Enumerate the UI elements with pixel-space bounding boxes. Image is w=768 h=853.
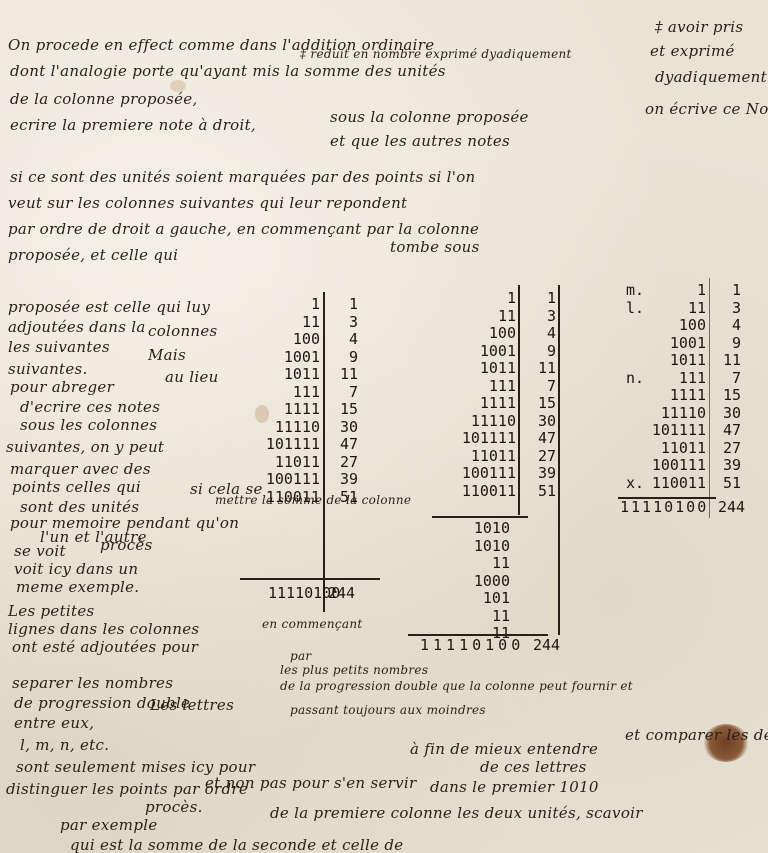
table-cell: 100 (228, 331, 320, 349)
text-line: sous la colonne proposée (330, 110, 529, 125)
table-cell: 27 (713, 440, 741, 458)
text-line: par exemple (60, 818, 158, 833)
table-cell: 15 (328, 401, 358, 419)
text-line: si ce sont des unités soient marquées pa… (10, 170, 476, 185)
table-cell: 1 (526, 290, 556, 308)
text-line: par ordre de droit a gauche, en commença… (8, 222, 479, 237)
table-cell: 1011 (640, 352, 706, 370)
text-line: dans le premier 1010 (430, 780, 599, 795)
text-line: Mais (148, 348, 186, 363)
table-cell: 1111 (228, 401, 320, 419)
text-line: dont l'analogie porte qu'ayant mis la so… (10, 64, 446, 79)
table-cell: 1010 (420, 538, 510, 556)
text-line: sont seulement mises icy pour (16, 760, 255, 775)
table-cell: 7 (328, 384, 358, 402)
table-cell: 4 (328, 331, 358, 349)
insertion-note: ‡ reduit en nombre exprimé dyadiquement (300, 48, 572, 60)
table-cell: 101111 (436, 430, 516, 448)
table-cell: 27 (328, 454, 358, 472)
table-cell: 3 (526, 308, 556, 326)
table-cell: 15 (526, 395, 556, 413)
table-cell: 51 (526, 483, 556, 501)
table-cell: 1 (713, 282, 741, 300)
table-cell: 39 (713, 457, 741, 475)
table-cell: 11 (436, 308, 516, 326)
table-cell: 100111 (436, 465, 516, 483)
table-cell: 1 (228, 296, 320, 314)
text-line: qui est la somme de la seconde et celle … (70, 838, 403, 853)
table-cell: 101111 (228, 436, 320, 454)
text-line: à fin de mieux entendre (410, 742, 598, 757)
sum-decimal: 244 (328, 586, 355, 601)
sum-binary: 11110100 (420, 638, 524, 653)
table-cell: 3 (328, 314, 358, 332)
text-line: separer les nombres (12, 676, 173, 691)
text-line: points celles qui (12, 480, 141, 495)
text-line: ‡ avoir pris (655, 20, 743, 35)
text-line: sous les colonnes (20, 418, 157, 433)
text-line: et non pas pour s'en servir (205, 776, 416, 791)
table-cell: 11110 (436, 413, 516, 431)
table-cell: 11011 (228, 454, 320, 472)
text-line: Les lettres (150, 698, 234, 713)
table-cell: 11 (328, 366, 358, 384)
text-line: procès. (145, 800, 203, 815)
text-line: voit icy dans un (14, 562, 138, 577)
table-cell: 100 (436, 325, 516, 343)
text-line: ont esté adjoutées pour (12, 640, 198, 655)
table-cell: 11 (640, 300, 706, 318)
text-line: pour abreger (10, 380, 114, 395)
table-cell: 11 (228, 314, 320, 332)
text-line: de la premiere colonne les deux unités, … (270, 806, 643, 821)
table-cell: 4 (713, 317, 741, 335)
table-cell: 27 (526, 448, 556, 466)
table-cell: 100111 (640, 457, 706, 475)
table-cell: 11 (420, 555, 510, 573)
text-line: adjoutées dans la (8, 320, 146, 335)
text-line: et que les autres notes (330, 134, 510, 149)
table-cell: 1 (328, 296, 358, 314)
table-cell: 1111 (640, 387, 706, 405)
text-line: au lieu (165, 370, 219, 385)
text-line: de ces lettres (480, 760, 587, 775)
text-line: se voit (14, 544, 66, 559)
text-line: en commençant (262, 618, 363, 630)
table-cell: 1010 (420, 520, 510, 538)
table-cell: 1001 (228, 349, 320, 367)
table-cell: 1 (640, 282, 706, 300)
table-cell: 1011 (436, 360, 516, 378)
table-cell: 100111 (228, 471, 320, 489)
text-line: l, m, n, etc. (20, 738, 109, 753)
text-line: sont des unités (20, 500, 139, 515)
table-cell: 47 (713, 422, 741, 440)
table-cell: 11 (526, 360, 556, 378)
text-line: et exprimé (650, 44, 735, 59)
text-line: d'ecrire ces notes (20, 400, 160, 415)
table-cell: 9 (713, 335, 741, 353)
table-cell: 110011 (436, 483, 516, 501)
text-line: dyadiquement (655, 70, 767, 85)
sum-decimal: 244 (533, 638, 560, 653)
table-cell: 39 (526, 465, 556, 483)
table-cell: 11110 (640, 405, 706, 423)
table-cell: 110011 (640, 475, 706, 493)
table-cell: 30 (713, 405, 741, 423)
text-line: Les petites (8, 604, 95, 619)
text-line: marquer avec des (10, 462, 151, 477)
table-cell: 9 (526, 343, 556, 361)
text-line: on écrive ce Nombre (645, 102, 768, 117)
text-line: proposée est celle qui luy (8, 300, 210, 315)
table-cell: 100 (640, 317, 706, 335)
text-line: tombe sous (390, 240, 480, 255)
table-cell: 11011 (436, 448, 516, 466)
text-line: meme exemple. (16, 580, 139, 595)
table-cell: 9 (328, 349, 358, 367)
table-cell: 39 (328, 471, 358, 489)
text-line: les suivantes (8, 340, 110, 355)
text-line: suivantes, on y peut (6, 440, 164, 455)
sum-decimal: 244 (718, 500, 745, 515)
table-cell: 1001 (436, 343, 516, 361)
table-cell: 51 (713, 475, 741, 493)
table-cell: 111 (640, 370, 706, 388)
table-cell: 101 (420, 590, 510, 608)
text-line: proposée, et celle qui (8, 248, 178, 263)
table-cell: 11011 (640, 440, 706, 458)
table-cell: 1 (436, 290, 516, 308)
table-cell: 11110 (228, 419, 320, 437)
table-cell: 1000 (420, 573, 510, 591)
text-line: de la progression double que la colonne … (280, 680, 633, 692)
text-line: par (290, 650, 311, 662)
table-cell: 30 (526, 413, 556, 431)
table-cell: 111 (436, 378, 516, 396)
text-line: veut sur les colonnes suivantes qui leur… (8, 196, 407, 211)
text-line: entre eux, (14, 716, 94, 731)
table-cell: 4 (526, 325, 556, 343)
table-cell: 30 (328, 419, 358, 437)
table-cell: 1011 (228, 366, 320, 384)
text-line: de la colonne proposée, (10, 92, 198, 107)
table-cell: 1111 (436, 395, 516, 413)
table-cell: 7 (526, 378, 556, 396)
table-cell: 3 (713, 300, 741, 318)
table-cell: 11 (713, 352, 741, 370)
text-line: passant toujours aux moindres (290, 704, 486, 716)
table-cell: 47 (328, 436, 358, 454)
table-cell: 15 (713, 387, 741, 405)
text-line: procès (100, 538, 153, 553)
text-line: suivantes. (8, 362, 88, 377)
table-cell: 111 (228, 384, 320, 402)
table-cell: 11 (420, 608, 510, 626)
table-cell: 51 (328, 489, 358, 507)
table-cell: 7 (713, 370, 741, 388)
sum-binary: 11110100 (620, 500, 708, 515)
table-cell: 110011 (228, 489, 320, 507)
text-line: et comparer les deux (625, 728, 768, 743)
text-line: colonnes (148, 324, 218, 339)
text-line: ecrire la premiere note à droit, (10, 118, 256, 133)
manuscript-page: On procede en effect comme dans l'additi… (0, 0, 768, 853)
text-line: les plus petits nombres (280, 664, 428, 676)
text-line: lignes dans les colonnes (8, 622, 199, 637)
table-cell: 47 (526, 430, 556, 448)
table-cell: 101111 (640, 422, 706, 440)
table-cell: 1001 (640, 335, 706, 353)
